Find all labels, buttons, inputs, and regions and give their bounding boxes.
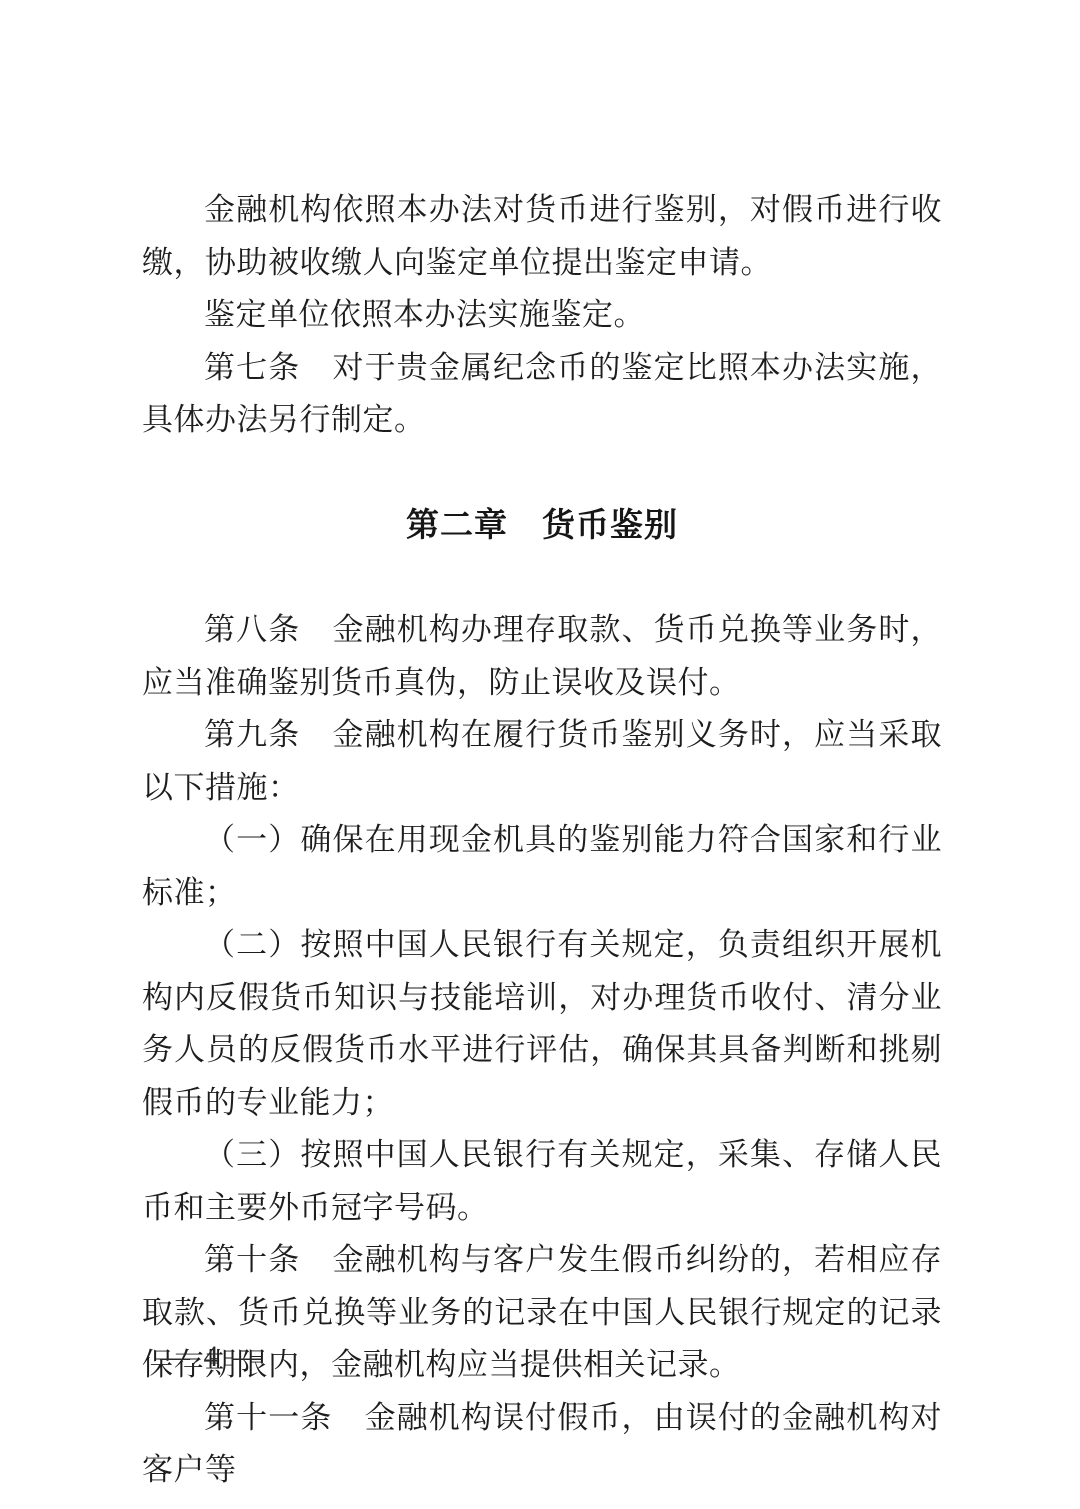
body-paragraph: 第八条 金融机构办理存取款、货币兑换等业务时，应当准确鉴别货币真伪，防止误收及误… [142, 604, 942, 709]
chapter-heading: 第二章 货币鉴别 [142, 499, 942, 552]
body-paragraph: 第十一条 金融机构误付假币，由误付的金融机构对客户等 [142, 1392, 942, 1497]
page-number: — 4 — [160, 1340, 265, 1374]
body-paragraph: 第九条 金融机构在履行货币鉴别义务时，应当采取以下措施： [142, 709, 942, 814]
body-paragraph: 金融机构依照本办法对货币进行鉴别，对假币进行收缴，协助被收缴人向鉴定单位提出鉴定… [142, 184, 942, 289]
document-body: 金融机构依照本办法对货币进行鉴别，对假币进行收缴，协助被收缴人向鉴定单位提出鉴定… [142, 184, 942, 1497]
body-paragraph: （一）确保在用现金机具的鉴别能力符合国家和行业标准； [142, 814, 942, 919]
body-paragraph: 第七条 对于贵金属纪念币的鉴定比照本办法实施，具体办法另行制定。 [142, 342, 942, 447]
body-paragraph: （二）按照中国人民银行有关规定，负责组织开展机构内反假货币知识与技能培训，对办理… [142, 919, 942, 1129]
document-page: 金融机构依照本办法对货币进行鉴别，对假币进行收缴，协助被收缴人向鉴定单位提出鉴定… [0, 0, 1080, 1509]
body-paragraph: 鉴定单位依照本办法实施鉴定。 [142, 289, 942, 342]
body-paragraph: （三）按照中国人民银行有关规定，采集、存储人民币和主要外币冠字号码。 [142, 1129, 942, 1234]
